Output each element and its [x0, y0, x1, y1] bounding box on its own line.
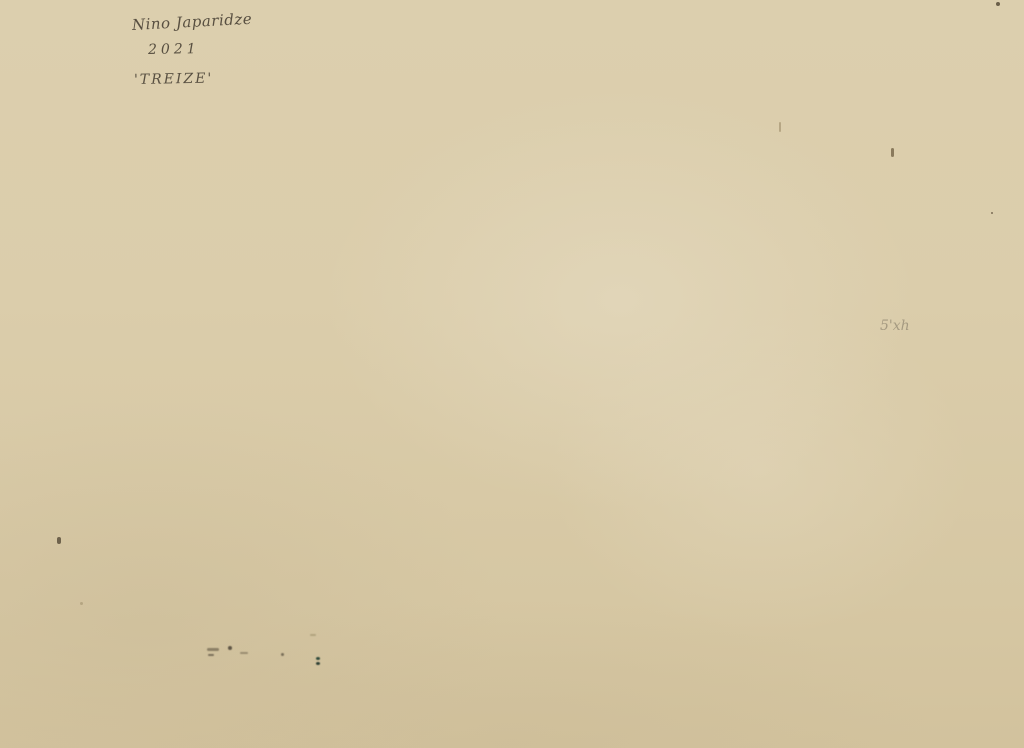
speck-upper-mid: [779, 122, 781, 132]
stain-bottom-mid-2: [310, 634, 316, 636]
stain-green-dot-2: [316, 662, 320, 665]
title-inscription: 'TREIZE': [134, 71, 214, 88]
speck-top-right: [996, 2, 1000, 6]
faint-pencil-mark: 5'xh: [880, 318, 910, 334]
speck-left-edge: [57, 537, 61, 544]
stain-bottom-left-2: [228, 646, 232, 650]
stain-green-dot-1: [316, 657, 320, 660]
speck-right-edge: [991, 212, 993, 214]
speck-upper-right: [891, 148, 894, 157]
paper-sheet: Nino Japaridze 2021 'TREIZE' 5'xh: [0, 0, 1024, 748]
stain-bottom-left-1: [207, 648, 219, 651]
stain-bottom-left-4: [208, 654, 214, 656]
year-inscription: 2021: [148, 41, 200, 58]
stain-bottom-left-3: [240, 652, 248, 654]
artist-name-inscription: Nino Japaridze: [132, 10, 253, 34]
speck-left-lower: [80, 602, 83, 605]
stain-bottom-mid-1: [281, 653, 284, 656]
